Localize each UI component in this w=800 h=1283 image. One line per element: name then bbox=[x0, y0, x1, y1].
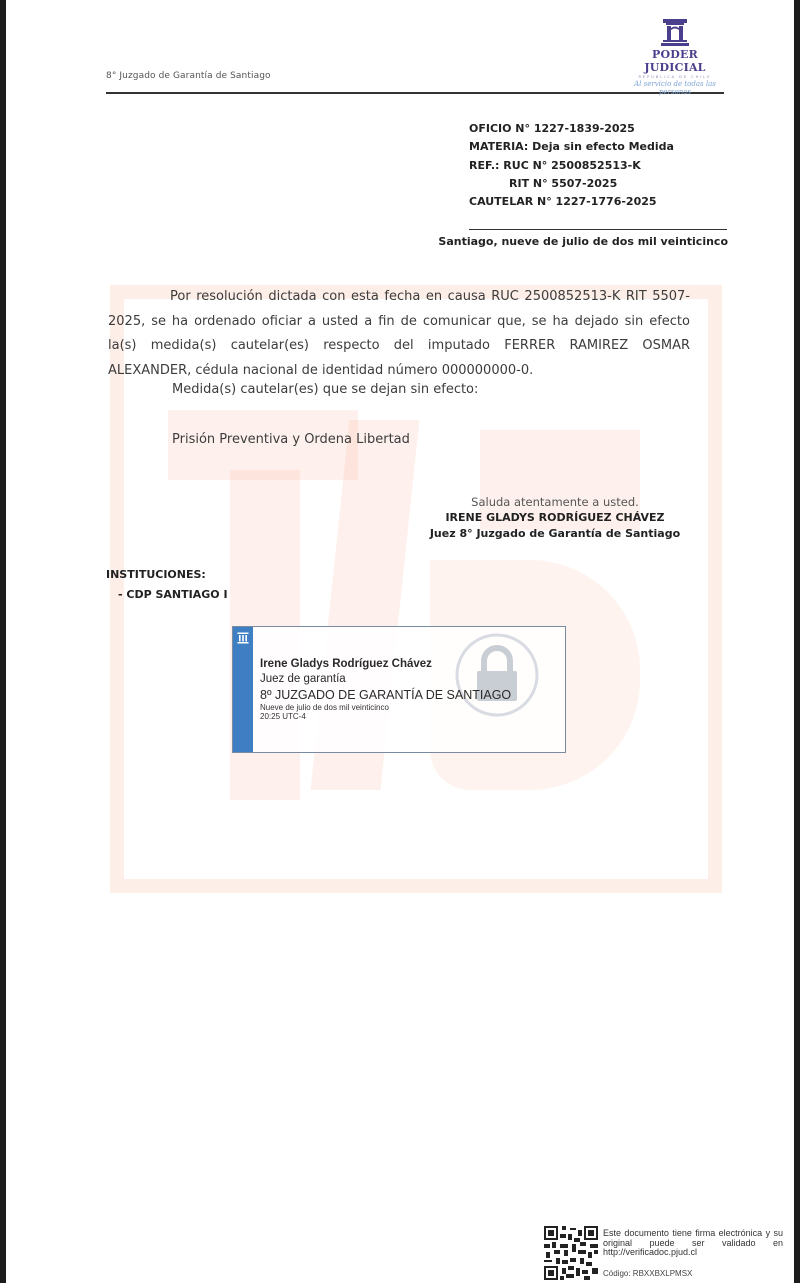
verification-text: Este documento tiene firma electrónica y… bbox=[603, 1229, 783, 1258]
signature-stripe bbox=[233, 627, 253, 752]
cautelar-number: CAUTELAR N° 1227-1776-2025 bbox=[469, 193, 674, 211]
signature-name: Irene Gladys Rodríguez Chávez bbox=[260, 657, 511, 672]
oficio-number: OFICIO N° 1227-1839-2025 bbox=[469, 120, 674, 138]
verification-code: Código: RBXXBXLPMSX bbox=[603, 1269, 692, 1278]
signature-date: Nueve de julio de dos mil veinticinco bbox=[260, 703, 511, 712]
institutions-title: INSTITUCIONES: bbox=[106, 568, 206, 581]
signature-court: 8º JUZGADO DE GARANTÍA DE SANTIAGO bbox=[260, 687, 511, 703]
screen-edge-right bbox=[794, 0, 800, 1283]
closing-greeting: Saluda atentamente a usted. bbox=[410, 494, 700, 510]
rit-number: RIT N° 5507-2025 bbox=[469, 175, 674, 193]
logo-title: PODER JUDICIAL bbox=[620, 48, 730, 74]
logo-tagline: Al servicio de todas las personas bbox=[620, 80, 730, 96]
materia: MATERIA: Deja sin efecto Medida bbox=[469, 138, 674, 156]
signature-role: Juez de garantía bbox=[260, 672, 511, 687]
logo-subtitle: REPÚBLICA DE CHILE bbox=[620, 75, 730, 79]
reference-block: OFICIO N° 1227-1839-2025 MATERIA: Deja s… bbox=[469, 120, 674, 211]
signature-details: Irene Gladys Rodríguez Chávez Juez de ga… bbox=[260, 657, 511, 721]
signature-time: 20:25 UTC-4 bbox=[260, 712, 511, 721]
measures-value: Prisión Preventiva y Ordena Libertad bbox=[172, 432, 410, 447]
electronic-signature-box: Irene Gladys Rodríguez Chávez Juez de ga… bbox=[232, 626, 566, 753]
poder-judicial-logo: PODER JUDICIAL REPÚBLICA DE CHILE Al ser… bbox=[620, 18, 730, 96]
court-name-header: 8° Juzgado de Garantía de Santiago bbox=[106, 71, 271, 81]
body-paragraph: Por resolución dictada con esta fecha en… bbox=[108, 285, 690, 383]
institution-item: - CDP SANTIAGO I bbox=[118, 588, 228, 601]
screen-edge-left bbox=[0, 0, 6, 1283]
qr-code-icon[interactable] bbox=[544, 1226, 598, 1280]
courthouse-icon bbox=[660, 18, 690, 46]
reference-divider bbox=[469, 229, 727, 230]
place-date: Santiago, nueve de julio de dos mil vein… bbox=[438, 235, 728, 248]
signer-name: IRENE GLADYS RODRÍGUEZ CHÁVEZ bbox=[410, 510, 700, 526]
measures-label: Medida(s) cautelar(es) que se dejan sin … bbox=[172, 382, 478, 397]
closing-block: Saluda atentamente a usted. IRENE GLADYS… bbox=[410, 494, 700, 542]
signer-role: Juez 8° Juzgado de Garantía de Santiago bbox=[410, 526, 700, 542]
body-paragraph-container: Por resolución dictada con esta fecha en… bbox=[108, 285, 690, 383]
courthouse-icon bbox=[237, 632, 249, 644]
ref-ruc: REF.: RUC N° 2500852513-K bbox=[469, 157, 674, 175]
